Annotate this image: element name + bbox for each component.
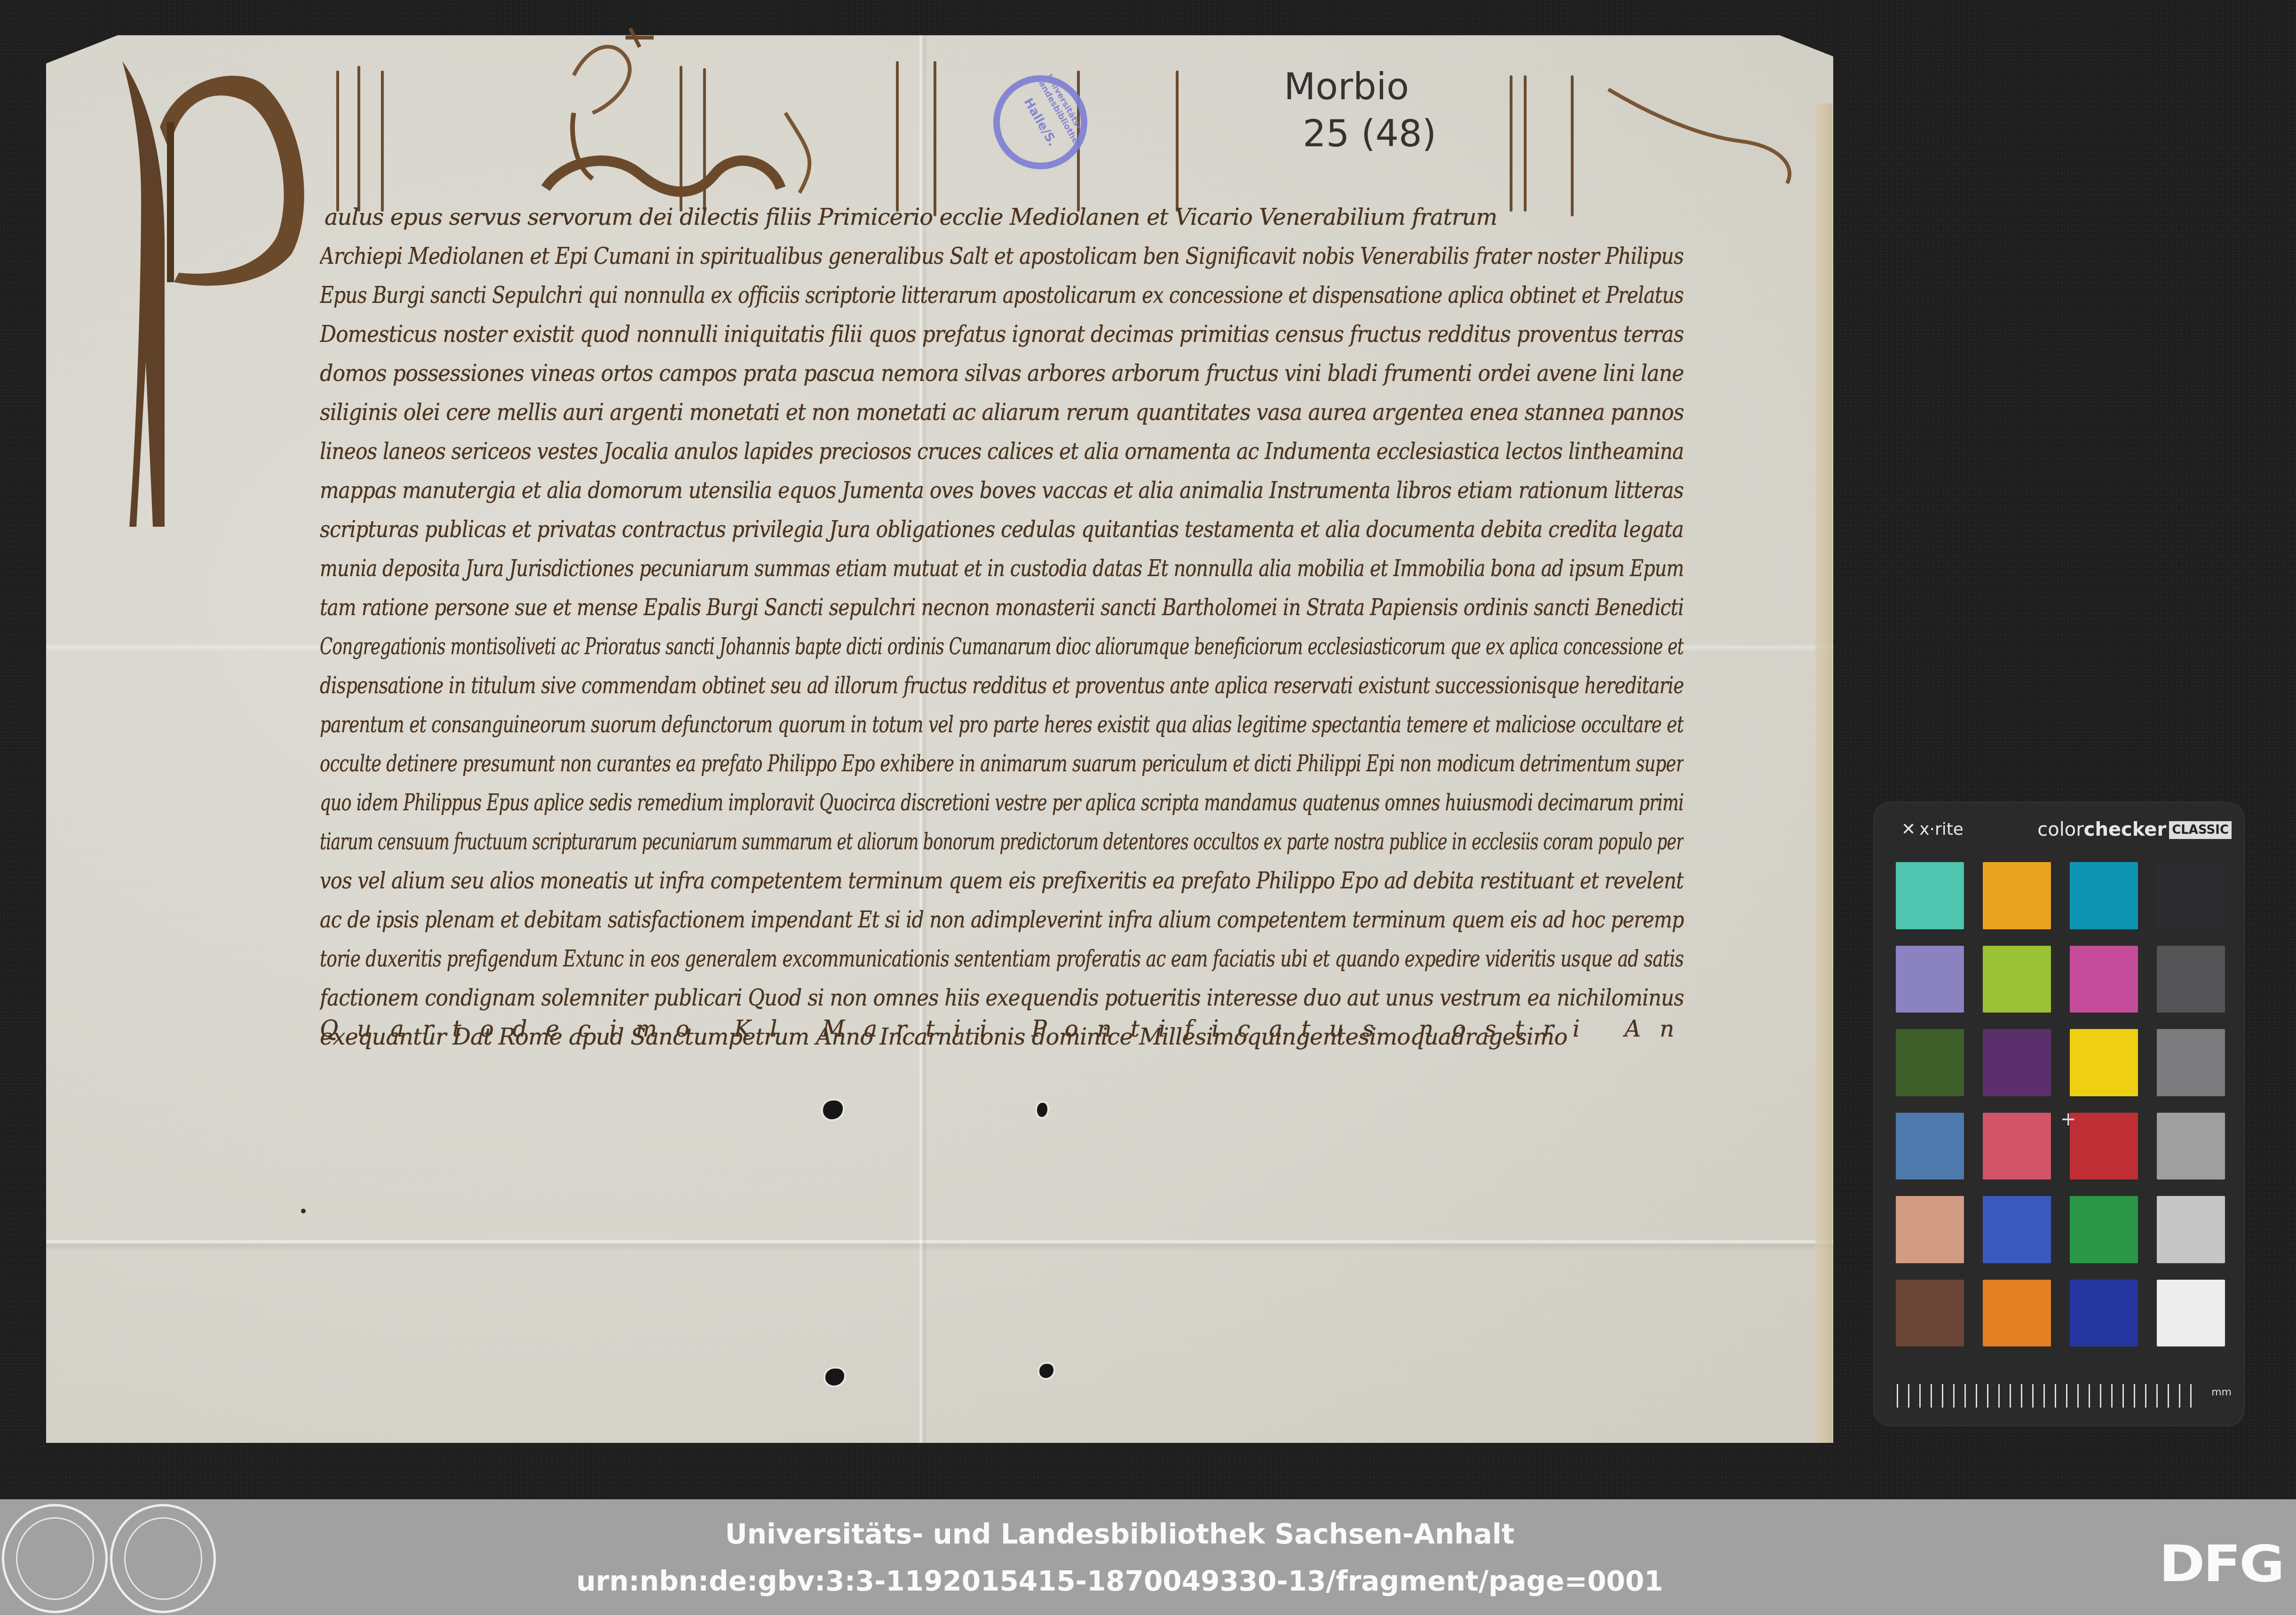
crosshair-icon: +: [2060, 1110, 2076, 1129]
color-patch: [2157, 1113, 2225, 1180]
annotation-line-2: 25 (48): [1284, 111, 1436, 158]
color-patch: [1983, 862, 2051, 929]
color-patch: [1896, 946, 1964, 1013]
colorchecker-title: colorcheckerCLASSIC: [2037, 819, 2232, 840]
ink-speck: [301, 1209, 306, 1213]
color-patch-grid: [1896, 862, 2225, 1346]
flourish-stroke: [1599, 71, 1811, 188]
ascender-stroke: [357, 66, 360, 212]
color-patch: [2070, 946, 2138, 1013]
color-patch: [1983, 1113, 2051, 1180]
manuscript-line: tam ratione persone sue et mense Epalis …: [320, 594, 1684, 622]
urn-identifier[interactable]: urn:nbn:de:gbv:3:3-1192015415-1870049330…: [0, 1565, 2296, 1597]
classic-badge: CLASSIC: [2169, 821, 2232, 839]
manuscript-line: factionem condignam solemniter publicari…: [320, 984, 1684, 1012]
manuscript-line: aulus epus servus servorum dei dilectis …: [325, 203, 1497, 231]
ascender-stroke: [1571, 75, 1574, 216]
color-patch: [1896, 1113, 1964, 1180]
manuscript-line-dating: Quartodecimo Kl Martii Pontificatus nost…: [320, 1015, 1684, 1043]
library-footer: Universitäts- und Landesbibliothek Sachs…: [0, 1499, 2296, 1615]
manuscript-line: quo idem Philippus Epus aplice sedis rem…: [320, 789, 1684, 817]
manuscript-line: siliginis olei cere mellis auri argenti …: [320, 398, 1684, 427]
manuscript-line: Epus Burgi sancti Sepulchri qui nonnulla…: [320, 281, 1684, 309]
color-patch: [2157, 1196, 2225, 1263]
color-patch: [2157, 862, 2225, 929]
color-patch: [2070, 1113, 2138, 1180]
manuscript-line: domos possessiones vineas ortos campos p…: [320, 359, 1684, 388]
manuscript-line: torie duxeritis prefigendum Extunc in eo…: [320, 945, 1684, 973]
manuscript-line: dispensatione in titulum sive commendam …: [320, 672, 1684, 700]
dfg-logo: DFG: [2159, 1535, 2283, 1593]
xrite-brand: ✕x·rite: [1901, 820, 1963, 839]
monogram-flourish: [517, 19, 894, 216]
ascender-stroke: [1510, 75, 1512, 212]
color-patch: [1983, 1196, 2051, 1263]
manuscript-line: scripturas publicas et privatas contract…: [320, 515, 1684, 544]
parchment-edge: [1815, 103, 1832, 1443]
manuscript-line: munia deposita Jura Jurisdictiones pecun…: [320, 554, 1684, 583]
color-patch: [2157, 1280, 2225, 1347]
color-patch: [1896, 1196, 1964, 1263]
manuscript-line: occulte detinere presumunt non curantes …: [320, 750, 1684, 778]
color-patch: [2070, 1029, 2138, 1096]
manuscript-line: Archiepi Mediolanen et Epi Cumani in spi…: [320, 242, 1684, 270]
ascender-stroke: [381, 71, 384, 212]
manuscript-line: parentum et consanguineorum suorum defun…: [320, 711, 1684, 739]
ruler-unit-label: mm: [2211, 1386, 2232, 1398]
ascender-stroke: [1176, 71, 1179, 212]
color-patch: [1896, 1029, 1964, 1096]
color-patch: [1983, 1280, 2051, 1347]
manuscript-line: vos vel alium seu alios moneatis ut infr…: [320, 867, 1684, 895]
manuscript-line: tiarum censuum fructuum scripturarum pec…: [320, 828, 1684, 856]
institution-name: Universitäts- und Landesbibliothek Sachs…: [0, 1518, 2296, 1550]
color-patch: [2070, 1196, 2138, 1263]
manuscript-line: Domesticus noster existit quod nonnulli …: [320, 320, 1684, 348]
initial-letter-p: [108, 56, 329, 527]
color-patch: [2070, 1280, 2138, 1347]
color-patch: [1896, 1280, 1964, 1347]
xrite-logo-icon: ✕: [1901, 820, 1916, 839]
manuscript-line: Congregationis montisoliveti ac Prioratu…: [320, 633, 1684, 661]
archive-annotation: Morbio 25 (48): [1284, 63, 1436, 158]
ascender-stroke: [336, 71, 339, 212]
color-patch: [2157, 946, 2225, 1013]
color-patch: [1983, 1029, 2051, 1096]
manuscript-line: mappas manutergia et alia domorum utensi…: [320, 476, 1684, 505]
color-patch: [2157, 1029, 2225, 1096]
annotation-line-1: Morbio: [1284, 63, 1436, 111]
manuscript-line: lineos laneos sericeos vestes Jocalia an…: [320, 437, 1684, 466]
color-patch: [1983, 946, 2051, 1013]
ascender-stroke: [1524, 75, 1527, 212]
color-patch: [1896, 862, 1964, 929]
manuscript-line: ac de ipsis plenam et debitam satisfacti…: [320, 906, 1684, 934]
ascender-stroke: [896, 61, 899, 212]
color-patch: [2070, 862, 2138, 929]
ascender-stroke: [934, 61, 936, 216]
mm-ruler: [1897, 1384, 2198, 1408]
color-checker-card: ✕x·rite colorcheckerCLASSIC + mm: [1873, 802, 2245, 1426]
